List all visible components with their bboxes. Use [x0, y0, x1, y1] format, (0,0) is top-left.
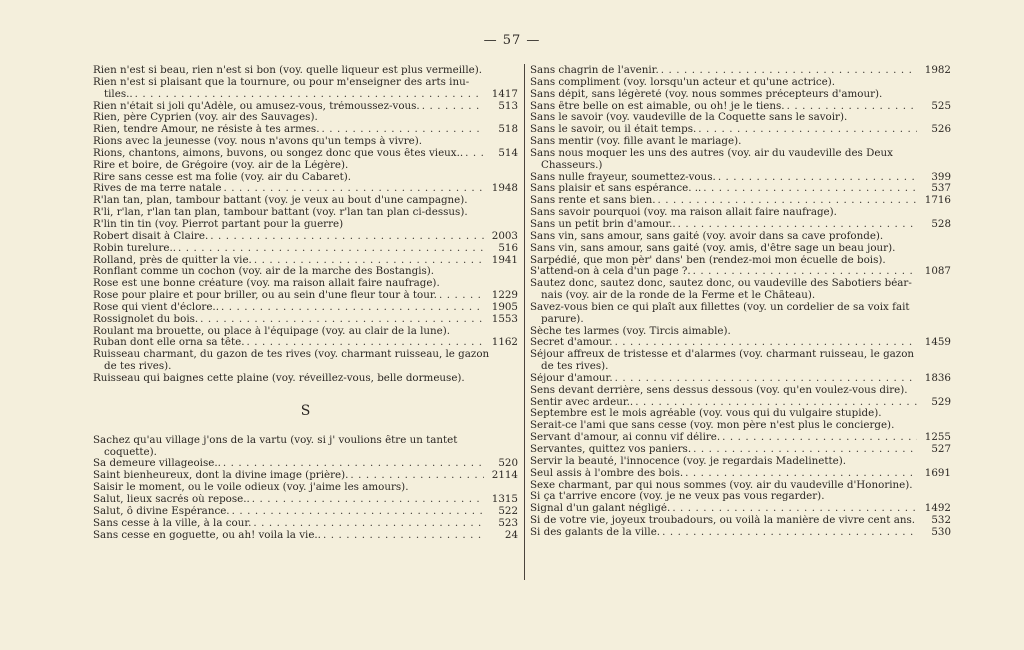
index-entry: Ruisseau charmant, du gazon de tes rives… [93, 349, 518, 373]
entry-title: Serait-ce l'ami que sans cesse (voy. mon… [530, 420, 894, 432]
entry-title: Sans le savoir (voy. vaudeville de la Co… [530, 112, 847, 124]
dot-leader [465, 148, 484, 160]
entry-title-line: Robin turelure..516 [93, 243, 518, 255]
entry-title: Sans savoir pourquoi (voy. ma raison all… [530, 207, 837, 219]
dot-leader [178, 243, 484, 255]
entry-title-line: Sans le savoir (voy. vaudeville de la Co… [530, 112, 951, 124]
dot-leader [252, 494, 484, 506]
index-entry: Sa demeure villageoise..520 [93, 458, 518, 470]
index-entry: Sans cesse à la ville, à la cour.523 [93, 518, 518, 530]
entry-title-line: Si ça t'arrive encore (voy. je ne veux p… [530, 491, 951, 503]
dot-leader [135, 89, 484, 101]
index-entry: Robert disait à Claire.2003 [93, 231, 518, 243]
entry-title: Sentir avec ardeur.. [530, 397, 633, 409]
dot-leader [253, 518, 484, 530]
entry-title: Servant d'amour, ai connu vif délire. [530, 432, 720, 444]
entry-title: Signal d'un galant négligé. [530, 503, 670, 515]
index-entry: Servantes, quittez vos paniers.527 [530, 444, 951, 456]
index-entry: Si de votre vie, joyeux troubadours, ou … [530, 515, 951, 527]
entry-title: Sans nous moquer les uns des autres (voy… [530, 148, 893, 160]
entry-number: 528 [917, 219, 951, 231]
index-entry: Septembre est le mois agréable (voy. vou… [530, 408, 951, 420]
index-entry: Salut, lieux sacrés où repose..1315 [93, 494, 518, 506]
index-entry: Sans rente et sans bien.1716 [530, 195, 951, 207]
entry-number: 1716 [917, 195, 951, 207]
entry-title-line: Sens devant derrière, sens dessus dessou… [530, 385, 951, 397]
index-entry: Rions, chantons, aimons, buvons, ou song… [93, 148, 518, 160]
index-entry: Rien n'était si joli qu'Adèle, ou amusez… [93, 101, 518, 113]
index-entry: Saint bienheureux, dont la divine image … [93, 470, 518, 482]
entry-title: Saisir le moment, ou le voile odieux (vo… [93, 482, 408, 494]
entry-title-line: Saint bienheureux, dont la divine image … [93, 470, 518, 482]
entry-title-line: Sans vin, sans amour, sans gaité (voy. a… [530, 243, 951, 255]
index-entry: Ruisseau qui baignes cette plaine (voy. … [93, 373, 518, 385]
entry-title-line: Sexe charmant, par qui nous sommes (voy.… [530, 480, 951, 492]
entry-title-line: Rire sans cesse est ma folie (voy. air d… [93, 172, 518, 184]
entry-title-line: Rien n'était si joli qu'Adèle, ou amusez… [93, 101, 518, 113]
entry-title: Si ça t'arrive encore (voy. je ne veux p… [530, 491, 824, 503]
dot-leader [422, 101, 484, 113]
entry-title-line: Signal d'un galant négligé.1492 [530, 503, 951, 515]
entry-number: 399 [917, 172, 951, 184]
index-entry: Sans nous moquer les uns des autres (voy… [530, 148, 951, 172]
index-entry: Sans le savoir (voy. vaudeville de la Co… [530, 112, 951, 124]
entry-title: Sans le savoir, ou il était temps. [530, 124, 696, 136]
dot-leader [703, 183, 917, 195]
entry-number: 516 [484, 243, 518, 255]
entry-title-line: Sachez qu'au village j'ons de la vartu (… [93, 435, 518, 447]
dot-leader [254, 255, 484, 267]
entry-title: Sans cesse en goguette, ou ah! voila la … [93, 530, 321, 542]
entry-title-line: Secret d'amour.1459 [530, 337, 951, 349]
entry-title: R'lin tin tin (voy. Pierrot partant pour… [93, 219, 343, 231]
entry-title: Rien, tendre Amour, ne résiste à tes arm… [93, 124, 320, 136]
entry-title-line: Septembre est le mois agréable (voy. vou… [530, 408, 951, 420]
entry-title-line: Sarpédié, que mon pèr' dans' ben (rendez… [530, 255, 951, 267]
entry-title-line: Ruban dont elle orna sa tête.1162 [93, 337, 518, 349]
entry-title: Sèche tes larmes (voy. Tircis aimable). [530, 326, 731, 338]
entry-title-line: Rose qui vient d'éclore..1905 [93, 302, 518, 314]
entry-continuation-line: de tes rives). [93, 361, 518, 373]
entry-title: Robin turelure.. [93, 243, 176, 255]
index-entry: Sans savoir pourquoi (voy. ma raison all… [530, 207, 951, 219]
index-entry: Salut, ô divine Espérance.522 [93, 506, 518, 518]
entry-number: 527 [917, 444, 951, 456]
entries-s-list: Sachez qu'au village j'ons de la vartu (… [93, 435, 518, 542]
index-entry: Rose qui vient d'éclore..1905 [93, 302, 518, 314]
entry-number: 520 [484, 458, 518, 470]
entry-title: de tes rives). [104, 361, 171, 373]
dot-leader [685, 468, 917, 480]
entry-title-line: Rien n'est si beau, rien n'est si bon (v… [93, 65, 518, 77]
dot-leader [672, 503, 917, 515]
entry-title: R'lan tan, plan, tambour battant (voy. j… [93, 195, 468, 207]
entry-number: 1417 [484, 89, 518, 101]
entry-title: Sans un petit brin d'amour.. [530, 219, 676, 231]
entry-title: Sans cesse à la ville, à la cour. [93, 518, 251, 530]
entry-title: parure). [541, 314, 584, 326]
entry-title: Servir la beauté, l'innocence (voy. je r… [530, 456, 846, 468]
entry-title-line: Rien, père Cyprien (voy. air des Sauvage… [93, 112, 518, 124]
entry-title: Séjour d'amour. [530, 373, 613, 385]
dot-leader [210, 231, 484, 243]
entry-title-line: Servir la beauté, l'innocence (voy. je r… [530, 456, 951, 468]
entry-title-line: Sans mentir (voy. fille avant le mariage… [530, 136, 951, 148]
dot-leader [223, 458, 484, 470]
entry-number: 1905 [484, 302, 518, 314]
index-entry: R'lin tin tin (voy. Pierrot partant pour… [93, 219, 518, 231]
entry-title: Séjour affreux de tristesse et d'alarmes… [530, 349, 914, 361]
entry-title: Saint bienheureux, dont la divine image … [93, 470, 348, 482]
index-entry: Signal d'un galant négligé.1492 [530, 503, 951, 515]
entry-title: Sans dépit, sans légèreté (voy. nous som… [530, 89, 882, 101]
entry-title: Secret d'amour. [530, 337, 613, 349]
entry-title: Salut, ô divine Espérance. [93, 506, 230, 518]
entry-title: Rire sans cesse est ma folie (voy. air d… [93, 172, 351, 184]
index-entry: Sans être belle on est aimable, ou oh! j… [530, 101, 951, 113]
entry-title-line: Sentir avec ardeur..529 [530, 397, 951, 409]
entry-title: Rien n'est si plaisant que la tournure, … [93, 77, 469, 89]
entry-title: Sans être belle on est aimable, ou oh! j… [530, 101, 785, 113]
dot-leader [224, 183, 484, 195]
entry-number: 523 [484, 518, 518, 530]
entry-number: 1459 [917, 337, 951, 349]
entry-title: Sans vin, sans amour, sans gaité (voy. a… [530, 231, 883, 243]
entry-number: 1941 [484, 255, 518, 267]
entry-title: Sa demeure villageoise.. [93, 458, 221, 470]
index-entry: Rolland, près de quitter la vie.1941 [93, 255, 518, 267]
entry-title-line: Sans plaisir et sans espérance. ..537 [530, 183, 951, 195]
section-heading-s: S [93, 393, 518, 429]
entry-title: coquette). [104, 447, 157, 459]
entry-number: 2003 [484, 231, 518, 243]
entry-number: 24 [484, 530, 518, 542]
entry-title-line: Rose est une bonne créature (voy. ma rai… [93, 278, 518, 290]
index-entry: Saisir le moment, ou le voile odieux (vo… [93, 482, 518, 494]
entry-title: Roulant ma brouette, ou place à l'équipa… [93, 326, 450, 338]
dot-leader [722, 432, 917, 444]
entry-title: Si des galants de la ville. [530, 527, 660, 539]
index-entry: R'li, r'lan, r'lan tan plan, tambour bat… [93, 207, 518, 219]
entry-title-line: Rives de ma terre natale1948 [93, 183, 518, 195]
entries-r-list: Rien n'est si beau, rien n'est si bon (v… [93, 65, 518, 385]
entry-title-line: S'attend-on à cela d'un page ?.1087 [530, 266, 951, 278]
dot-leader [221, 302, 484, 314]
entry-title: Rire et boire, de Grégoire (voy. air de … [93, 160, 348, 172]
index-entry: Rien n'est si beau, rien n'est si bon (v… [93, 65, 518, 77]
entry-title-line: Sans un petit brin d'amour..528 [530, 219, 951, 231]
entry-title: Rien n'est si beau, rien n'est si bon (v… [93, 65, 482, 77]
entry-title: Si de votre vie, joyeux troubadours, ou … [530, 515, 915, 527]
left-column: Rien n'est si beau, rien n'est si bon (v… [93, 65, 518, 541]
entry-title: Sans mentir (voy. fille avant le mariage… [530, 136, 741, 148]
entry-title-line: Séjour affreux de tristesse et d'alarmes… [530, 349, 951, 361]
index-entry: Sens devant derrière, sens dessus dessou… [530, 385, 951, 397]
entry-number: 1255 [917, 432, 951, 444]
index-entry: Rives de ma terre natale1948 [93, 183, 518, 195]
entry-title: Septembre est le mois agréable (voy. vou… [530, 408, 882, 420]
index-entry: Servant d'amour, ai connu vif délire.125… [530, 432, 951, 444]
entry-title-line: Seul assis à l'ombre des bois.1691 [530, 468, 951, 480]
index-entry: Rien, tendre Amour, ne résiste à tes arm… [93, 124, 518, 136]
entry-title-line: Ruisseau charmant, du gazon de tes rives… [93, 349, 518, 361]
index-entry: Si des galants de la ville.530 [530, 527, 951, 539]
dot-leader [615, 337, 917, 349]
entry-title-line: Serait-ce l'ami que sans cesse (voy. mon… [530, 420, 951, 432]
entry-number: 537 [917, 183, 951, 195]
entry-title: Ruisseau charmant, du gazon de tes rives… [93, 349, 489, 361]
dot-leader [662, 527, 917, 539]
entry-continuation-line: coquette). [93, 447, 518, 459]
dot-leader [635, 397, 917, 409]
entry-title-line: Rien, tendre Amour, ne résiste à tes arm… [93, 124, 518, 136]
entries-s-continued-list: Sans chagrin de l'avenir.1982Sans compli… [530, 65, 951, 539]
entry-continuation-line: nais (voy. air de la ronde de la Ferme e… [530, 290, 951, 302]
entry-title-line: Sans savoir pourquoi (voy. ma raison all… [530, 207, 951, 219]
entry-number: 513 [484, 101, 518, 113]
index-entry: Sautez donc, sautez donc, sautez donc, o… [530, 278, 951, 302]
entry-title-line: Sans être belle on est aimable, ou oh! j… [530, 101, 951, 113]
entry-title: de tes rives). [541, 361, 608, 373]
entry-title-line: Salut, lieux sacrés où repose..1315 [93, 494, 518, 506]
dot-leader [323, 530, 484, 542]
entry-title: Rose est une bonne créature (voy. ma rai… [93, 278, 440, 290]
index-entry: Si ça t'arrive encore (voy. je ne veux p… [530, 491, 951, 503]
entry-number: 1553 [484, 314, 518, 326]
index-entry: Sans dépit, sans légèreté (voy. nous som… [530, 89, 951, 101]
entry-title: Rien n'était si joli qu'Adèle, ou amusez… [93, 101, 420, 113]
entry-title-line: Si de votre vie, joyeux troubadours, ou … [530, 515, 951, 527]
index-entry: Séjour affreux de tristesse et d'alarmes… [530, 349, 951, 373]
index-entry: Rien, père Cyprien (voy. air des Sauvage… [93, 112, 518, 124]
entry-title-line: Servantes, quittez vos paniers.527 [530, 444, 951, 456]
entry-title: Sans vin, sans amour, sans gaité (voy. a… [530, 243, 895, 255]
page-number: — 57 — [0, 33, 1024, 48]
index-entry: Sans le savoir, ou il était temps.526 [530, 124, 951, 136]
entry-title-line: Sans le savoir, ou il était temps.526 [530, 124, 951, 136]
entry-title: Ruisseau qui baignes cette plaine (voy. … [93, 373, 465, 385]
index-entry: Rien n'est si plaisant que la tournure, … [93, 77, 518, 101]
entry-title: tiles.. [104, 89, 133, 101]
entry-continuation-line: tiles..1417 [93, 89, 518, 101]
column-divider [524, 64, 525, 580]
entry-title-line: Rions avec la jeunesse (voy. nous n'avon… [93, 136, 518, 148]
entry-title: Robert disait à Claire. [93, 231, 208, 243]
entry-number: 2114 [484, 470, 518, 482]
dot-leader [232, 506, 484, 518]
index-entry: Sans vin, sans amour, sans gaité (voy. a… [530, 243, 951, 255]
index-entry: S'attend-on à cela d'un page ?.1087 [530, 266, 951, 278]
entry-title-line: Sa demeure villageoise..520 [93, 458, 518, 470]
entry-title: Sautez donc, sautez donc, sautez donc, o… [530, 278, 912, 290]
entry-title: nais (voy. air de la ronde de la Ferme e… [541, 290, 815, 302]
dot-leader [787, 101, 917, 113]
entry-title-line: Sautez donc, sautez donc, sautez donc, o… [530, 278, 951, 290]
index-entry: Robin turelure..516 [93, 243, 518, 255]
entry-title-line: Séjour d'amour.1836 [530, 373, 951, 385]
entry-title-line: Rolland, près de quitter la vie.1941 [93, 255, 518, 267]
index-entry: Roulant ma brouette, ou place à l'équipa… [93, 326, 518, 338]
entry-title-line: Sèche tes larmes (voy. Tircis aimable). [530, 326, 951, 338]
entry-number: 526 [917, 124, 951, 136]
entry-title: S'attend-on à cela d'un page ?. [530, 266, 691, 278]
index-entry: Secret d'amour.1459 [530, 337, 951, 349]
dot-leader [661, 65, 917, 77]
index-entry: Ronflant comme un cochon (voy. air de la… [93, 266, 518, 278]
entry-title: Rose qui vient d'éclore.. [93, 302, 219, 314]
entry-title: Rions avec la jeunesse (voy. nous n'avon… [93, 136, 422, 148]
entry-title-line: Rions, chantons, aimons, buvons, ou song… [93, 148, 518, 160]
index-entry: Sachez qu'au village j'ons de la vartu (… [93, 435, 518, 459]
entry-title-line: Saisir le moment, ou le voile odieux (vo… [93, 482, 518, 494]
index-entry: Servir la beauté, l'innocence (voy. je r… [530, 456, 951, 468]
entry-number: 1982 [917, 65, 951, 77]
index-entry: Rose est une bonne créature (voy. ma rai… [93, 278, 518, 290]
index-entry: Sans un petit brin d'amour..528 [530, 219, 951, 231]
index-entry: Sans plaisir et sans espérance. ..537 [530, 183, 951, 195]
entry-number: 1315 [484, 494, 518, 506]
entry-title: Rien, père Cyprien (voy. air des Sauvage… [93, 112, 318, 124]
entry-title: Savez-vous bien ce qui plaît aux fillett… [530, 302, 910, 314]
entry-title: Rose pour plaire et pour briller, ou au … [93, 290, 437, 302]
entry-title-line: Sans nulle frayeur, soumettez-vous.399 [530, 172, 951, 184]
entry-title-line: Ruisseau qui baignes cette plaine (voy. … [93, 373, 518, 385]
index-entry: Rire sans cesse est ma folie (voy. air d… [93, 172, 518, 184]
entry-number: 1948 [484, 183, 518, 195]
entry-title: Sens devant derrière, sens dessus dessou… [530, 385, 908, 397]
entry-title: Sans nulle frayeur, soumettez-vous. [530, 172, 716, 184]
index-entry: Seul assis à l'ombre des bois.1691 [530, 468, 951, 480]
entry-title: Seul assis à l'ombre des bois. [530, 468, 683, 480]
dot-leader [693, 266, 917, 278]
entry-number: 514 [484, 148, 518, 160]
entry-continuation-line: parure). [530, 314, 951, 326]
entry-number: 530 [917, 527, 951, 539]
index-entry: R'lan tan, plan, tambour battant (voy. j… [93, 195, 518, 207]
entry-number: 1229 [484, 290, 518, 302]
index-entry: Sans vin, sans amour, sans gaité (voy. a… [530, 231, 951, 243]
index-entry: Sans cesse en goguette, ou ah! voila la … [93, 530, 518, 542]
entry-continuation-line: de tes rives). [530, 361, 951, 373]
entry-number: 529 [917, 397, 951, 409]
entry-number: 518 [484, 124, 518, 136]
entry-title: Sachez qu'au village j'ons de la vartu (… [93, 435, 457, 447]
entry-title-line: R'lan tan, plan, tambour battant (voy. j… [93, 195, 518, 207]
entry-title: Rives de ma terre natale [93, 183, 222, 195]
entry-number: 532 [917, 515, 951, 527]
dot-leader [322, 124, 485, 136]
entry-number: 1162 [484, 337, 518, 349]
entry-title: Sans rente et sans bien. [530, 195, 656, 207]
entry-number: 525 [917, 101, 951, 113]
dot-leader [698, 124, 917, 136]
dot-leader [439, 290, 484, 302]
index-entry: Séjour d'amour.1836 [530, 373, 951, 385]
entry-title-line: Si des galants de la ville.530 [530, 527, 951, 539]
entry-title: Sarpédié, que mon pèr' dans' ben (rendez… [530, 255, 886, 267]
entry-title-line: Sans nous moquer les uns des autres (voy… [530, 148, 951, 160]
entry-title-line: Ronflant comme un cochon (voy. air de la… [93, 266, 518, 278]
index-entry: Sexe charmant, par qui nous sommes (voy.… [530, 480, 951, 492]
dot-leader [247, 337, 485, 349]
entry-number: 1691 [917, 468, 951, 480]
index-entry: Sarpédié, que mon pèr' dans' ben (rendez… [530, 255, 951, 267]
entry-title-line: R'li, r'lan, r'lan tan plan, tambour bat… [93, 207, 518, 219]
entry-title-line: Robert disait à Claire.2003 [93, 231, 518, 243]
entry-title-line: Sans compliment (voy. lorsqu'un acteur e… [530, 77, 951, 89]
entry-title-line: Roulant ma brouette, ou place à l'équipa… [93, 326, 518, 338]
entry-number: 1087 [917, 266, 951, 278]
entry-title: Sexe charmant, par qui nous sommes (voy.… [530, 480, 913, 492]
index-entry: Sans chagrin de l'avenir.1982 [530, 65, 951, 77]
entry-title-line: Rien n'est si plaisant que la tournure, … [93, 77, 518, 89]
index-entry: Rions avec la jeunesse (voy. nous n'avon… [93, 136, 518, 148]
entry-title-line: Savez-vous bien ce qui plaît aux fillett… [530, 302, 951, 314]
entry-title: Rions, chantons, aimons, buvons, ou song… [93, 148, 463, 160]
index-entry: Serait-ce l'ami que sans cesse (voy. mon… [530, 420, 951, 432]
index-entry: Rossignolet du bois.1553 [93, 314, 518, 326]
entry-title-line: Sans rente et sans bien.1716 [530, 195, 951, 207]
entry-title-line: Sans cesse en goguette, ou ah! voila la … [93, 530, 518, 542]
index-entry: Sentir avec ardeur..529 [530, 397, 951, 409]
entry-title-line: Salut, ô divine Espérance.522 [93, 506, 518, 518]
entry-title: Rossignolet du bois. [93, 314, 198, 326]
entry-title: Salut, lieux sacrés où repose.. [93, 494, 250, 506]
dot-leader [350, 470, 484, 482]
right-column: Sans chagrin de l'avenir.1982Sans compli… [530, 65, 951, 539]
index-entry: Rose pour plaire et pour briller, ou au … [93, 290, 518, 302]
index-entry: Sans compliment (voy. lorsqu'un acteur e… [530, 77, 951, 89]
entry-title: Ruban dont elle orna sa tête. [93, 337, 245, 349]
entry-number: 1492 [917, 503, 951, 515]
entry-title: Rolland, près de quitter la vie. [93, 255, 252, 267]
index-entry: Sans nulle frayeur, soumettez-vous.399 [530, 172, 951, 184]
entry-title: Sans compliment (voy. lorsqu'un acteur e… [530, 77, 835, 89]
entry-title-line: Servant d'amour, ai connu vif délire.125… [530, 432, 951, 444]
dot-leader [200, 314, 484, 326]
index-entry: Rire et boire, de Grégoire (voy. air de … [93, 160, 518, 172]
entry-title-line: Sans dépit, sans légèreté (voy. nous som… [530, 89, 951, 101]
entry-title: Sans plaisir et sans espérance. .. [530, 183, 701, 195]
entry-title: R'li, r'lan, r'lan tan plan, tambour bat… [93, 207, 468, 219]
dot-leader [718, 172, 917, 184]
entry-title: Servantes, quittez vos paniers. [530, 444, 691, 456]
index-entry: Sans mentir (voy. fille avant le mariage… [530, 136, 951, 148]
entry-title-line: Sans cesse à la ville, à la cour.523 [93, 518, 518, 530]
entry-title-line: R'lin tin tin (voy. Pierrot partant pour… [93, 219, 518, 231]
entry-title-line: Rossignolet du bois.1553 [93, 314, 518, 326]
index-entry: Sèche tes larmes (voy. Tircis aimable). [530, 326, 951, 338]
entry-continuation-line: Chasseurs.) [530, 160, 951, 172]
entry-number: 1836 [917, 373, 951, 385]
dot-leader [693, 444, 917, 456]
dot-leader [678, 219, 917, 231]
entry-title: Sans chagrin de l'avenir. [530, 65, 659, 77]
entry-title-line: Sans chagrin de l'avenir.1982 [530, 65, 951, 77]
dot-leader [615, 373, 917, 385]
entry-title: Ronflant comme un cochon (voy. air de la… [93, 266, 434, 278]
entry-title: Chasseurs.) [541, 160, 602, 172]
index-entry: Savez-vous bien ce qui plaît aux fillett… [530, 302, 951, 326]
entry-number: 522 [484, 506, 518, 518]
entry-title-line: Sans vin, sans amour, sans gaité (voy. a… [530, 231, 951, 243]
entry-title-line: Rire et boire, de Grégoire (voy. air de … [93, 160, 518, 172]
dot-leader [658, 195, 917, 207]
index-entry: Ruban dont elle orna sa tête.1162 [93, 337, 518, 349]
entry-title-line: Rose pour plaire et pour briller, ou au … [93, 290, 518, 302]
